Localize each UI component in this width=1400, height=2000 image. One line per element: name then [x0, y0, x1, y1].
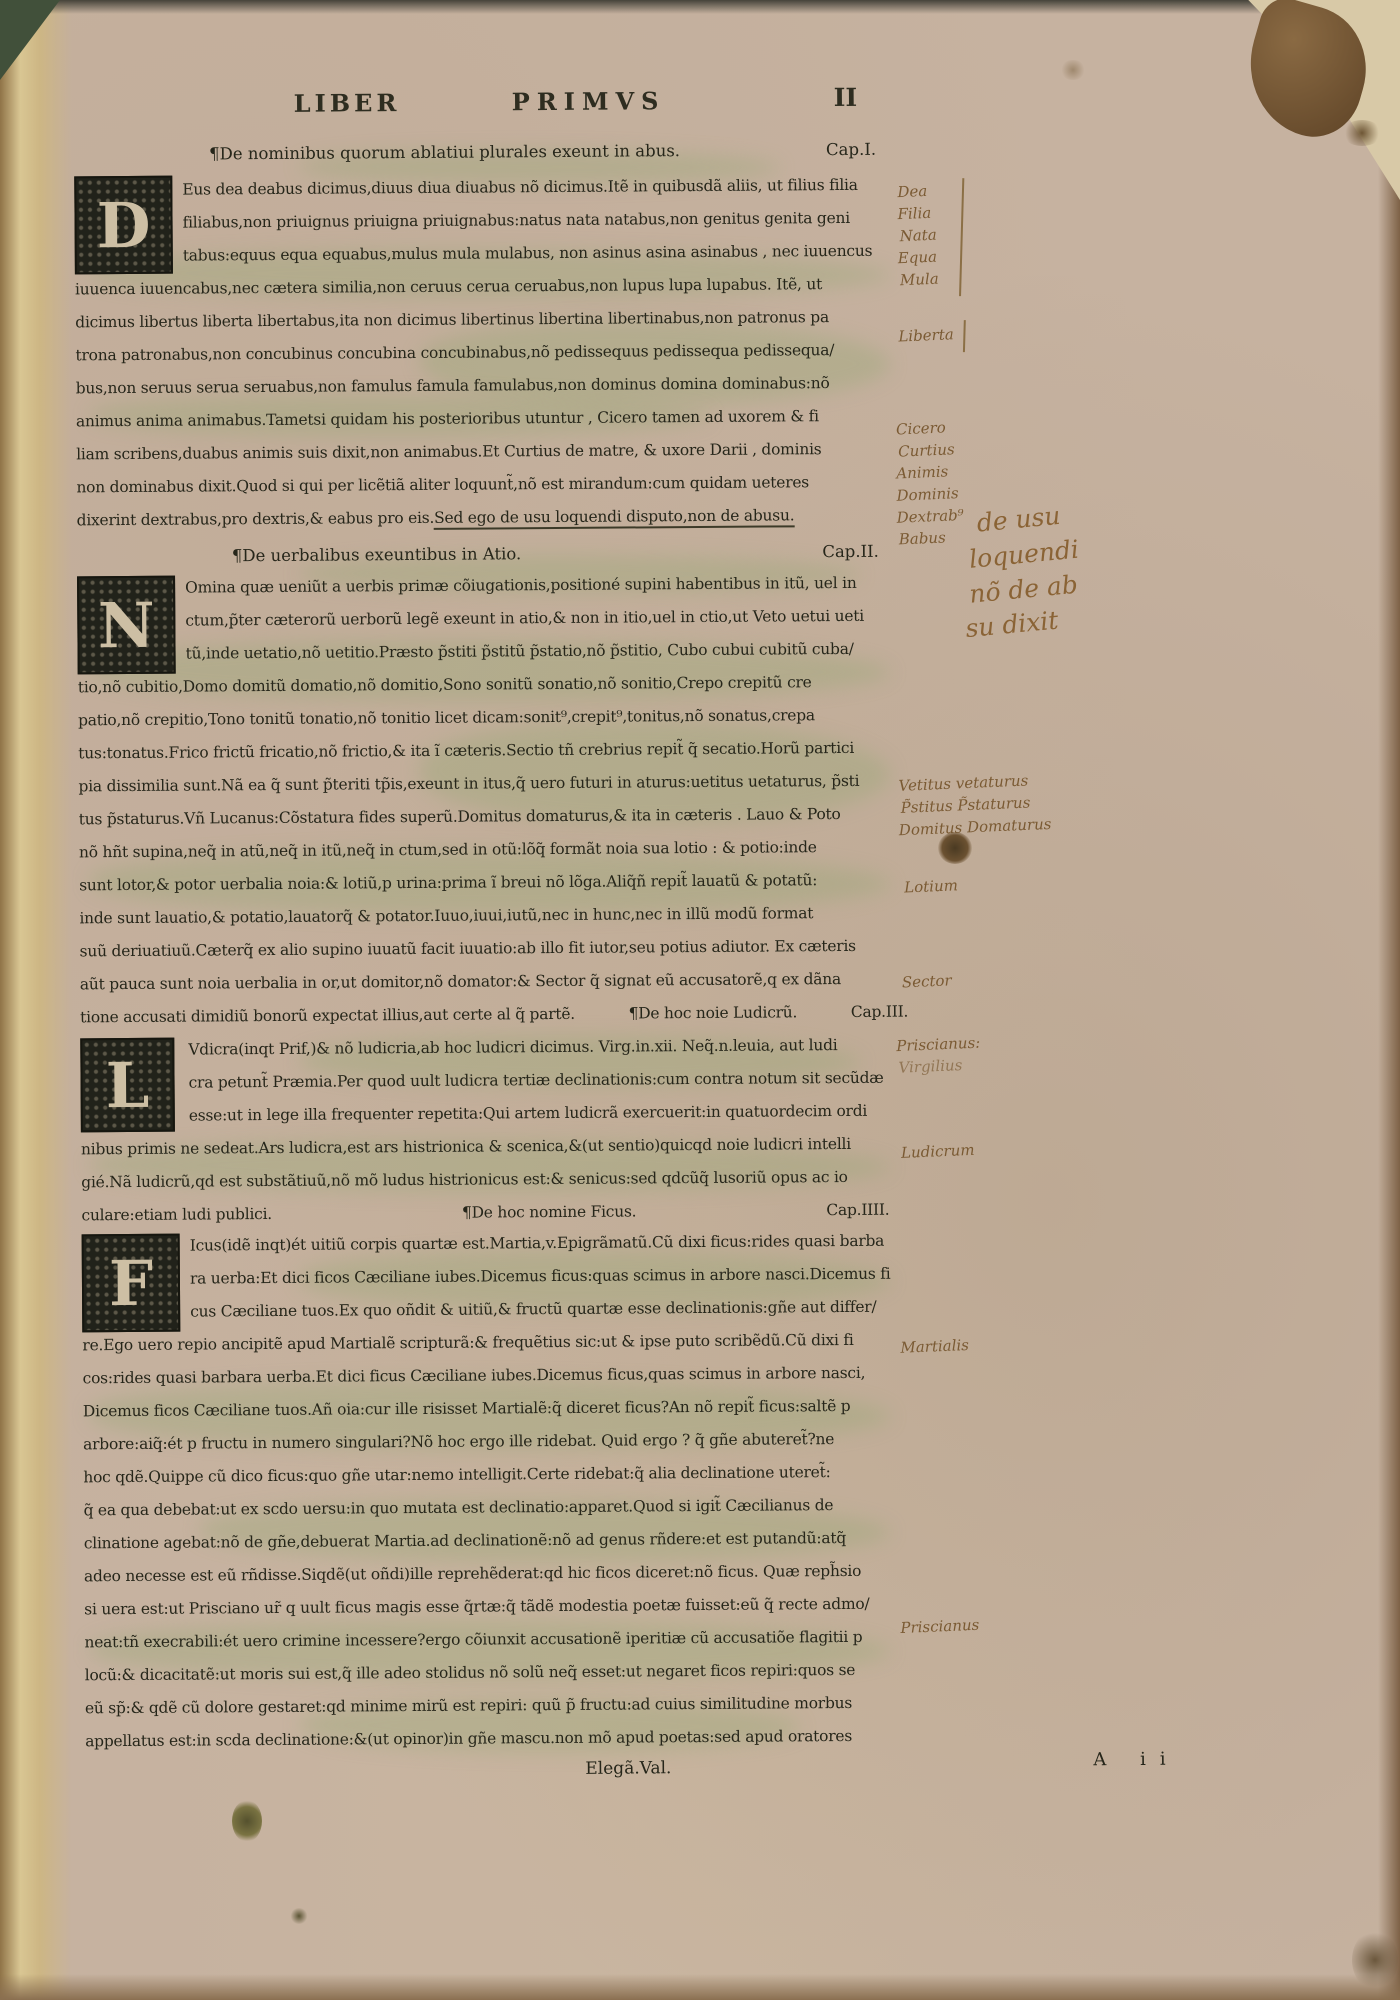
text-line: Eus dea deabus dicimus,diuus diua diuabu…	[182, 169, 902, 207]
text-segment: culare:etiam ludi publici.	[81, 1198, 272, 1232]
margin-note-babus: Babus	[898, 527, 946, 550]
margin-rule	[959, 178, 964, 296]
margin-note-priscianus-1: Priscianus:	[896, 1033, 981, 1057]
running-header-liber: LIBER	[294, 88, 401, 118]
margin-note-lotium: Lotium	[904, 875, 959, 898]
chapter3-cap: Cap.III.	[851, 996, 908, 1029]
text-line: Icus(idẽ inqt)ét uitiũ corpis quartæ est…	[190, 1225, 910, 1263]
scanned-book-page: LIBER PRIMVS II ¶De nominibus quorum abl…	[0, 0, 1400, 2000]
margin-note-animis: Animis	[896, 461, 949, 484]
margin-note-dextrabus: Dextrab⁹	[896, 505, 964, 529]
margin-note-filia: Filia	[897, 203, 932, 225]
drop-cap-initial-f: F	[82, 1234, 181, 1333]
text-line: ctum,p̃ter cæterorũ uerborũ legẽ exeunt …	[185, 600, 905, 638]
stain	[938, 832, 972, 864]
chapter2-cap: Cap.II.	[822, 537, 879, 567]
page-edge-bottom	[0, 1974, 1400, 2000]
margin-note-liberta: Liberta	[898, 324, 954, 347]
text-line: tabus:equus equa equabus,mulus mula mula…	[183, 235, 903, 273]
text-line: gié.Nã ludicrũ,qd est substãtiuũ,nõ mõ l…	[81, 1161, 909, 1200]
margin-note-nata: Nata	[899, 225, 937, 248]
chapter1-cap: Cap.I.	[826, 135, 876, 165]
page-edge-left	[0, 0, 72, 2000]
margin-note-mula: Mula	[900, 269, 940, 292]
text-line: Omina quæ ueniũt a uerbis primæ cõiugati…	[185, 567, 905, 605]
chapter3-paragraph: L Vdicra(inqt Prif,)& nõ ludicria,ab hoc…	[80, 1029, 909, 1233]
margin-note-cicero: Cicero	[896, 417, 947, 440]
margin-note-virgilius: Virgilius	[898, 1055, 963, 1079]
text-line: tũ,inde uetatio,nõ uetitio.Præsto p̃stit…	[185, 633, 905, 671]
margin-note-ludicrum: Ludicrum	[901, 1140, 975, 1164]
text-line: esse:ut in lege illa frequenter repetita…	[189, 1095, 909, 1133]
margin-note-sector: Sector	[901, 970, 952, 993]
stain	[232, 1800, 262, 1842]
text-line: ra uerba:Et dici ficos Cæciliane iubes.D…	[190, 1258, 910, 1296]
text-line: cus Cæciliane tuos.Ex quo oñdit & uitiũ,…	[190, 1291, 910, 1329]
page-edge-top	[0, 0, 1400, 14]
margin-note-martialis: Martialis	[900, 1335, 969, 1359]
chapter4-cap: Cap.IIII.	[826, 1194, 889, 1227]
margin-note-dominis: Dominis	[896, 483, 959, 507]
page-content: LIBER PRIMVS II ¶De nominibus quorum abl…	[0, 0, 1400, 2000]
running-header-primus: PRIMVS	[512, 86, 666, 116]
text-line: appellatus est:in scda declinatione:&(ut…	[85, 1720, 913, 1759]
margin-rule	[963, 320, 966, 352]
colophon: Elegã.Val.	[585, 1758, 671, 1779]
page-edge-right	[1378, 0, 1400, 2000]
text-line: filiabus,non priuignus priuigna priuigna…	[182, 202, 902, 240]
drop-cap-initial-d: D	[74, 176, 173, 275]
stain	[290, 1908, 308, 1924]
text-segment: tione accusati dimidiũ bonorũ expectat i…	[80, 998, 575, 1034]
margin-note-priscianus-2: Priscianus	[900, 1615, 980, 1639]
underlined-text: Sed ego de usu loquendi disputo,non de a…	[434, 506, 794, 530]
chapter1-heading: ¶De nominibus quorum ablatiui plurales e…	[209, 136, 680, 169]
chapter4-paragraph: F Icus(idẽ inqt)ét uitiũ corpis quartæ e…	[82, 1225, 914, 1759]
chapter3-heading: ¶De hoc noie Ludicrũ.	[628, 996, 797, 1030]
signature-mark: A ii	[1093, 1749, 1179, 1771]
text-segment: dixerint dextrabus,pro dextris,& eabus p…	[77, 509, 435, 529]
text-line: dixerint dextrabus,pro dextris,& eabus p…	[77, 499, 905, 538]
drop-cap-initial-n: N	[77, 576, 176, 675]
chapter2-paragraph: N Omina quæ ueniũt a uerbis primæ cõiuga…	[77, 567, 908, 1035]
text-line: Vdicra(inqt Prif,)& nõ ludicria,ab hoc l…	[188, 1029, 908, 1067]
corner-spot	[1352, 1930, 1398, 1990]
margin-note-curtius: Curtius	[898, 439, 955, 462]
chapter4-heading: ¶De hoc nomine Ficus.	[462, 1195, 637, 1229]
text-line: cra petunt̃ Præmia.Per quod uult ludicra…	[188, 1062, 908, 1100]
margin-note-equa: Equa	[897, 247, 937, 270]
chapter2-heading: ¶De uerbalibus exeuntibus in Atio.	[232, 539, 522, 571]
margin-note-de-usu: de usu	[975, 499, 1062, 540]
stain	[1060, 60, 1086, 80]
drop-cap-initial-l: L	[80, 1038, 175, 1133]
chapter1-paragraph: D Eus dea deabus dicimus,diuus diua diua…	[74, 169, 905, 538]
page-number: II	[834, 83, 858, 112]
corner-spot	[1342, 120, 1382, 146]
margin-note-dea: Dea	[897, 181, 928, 203]
